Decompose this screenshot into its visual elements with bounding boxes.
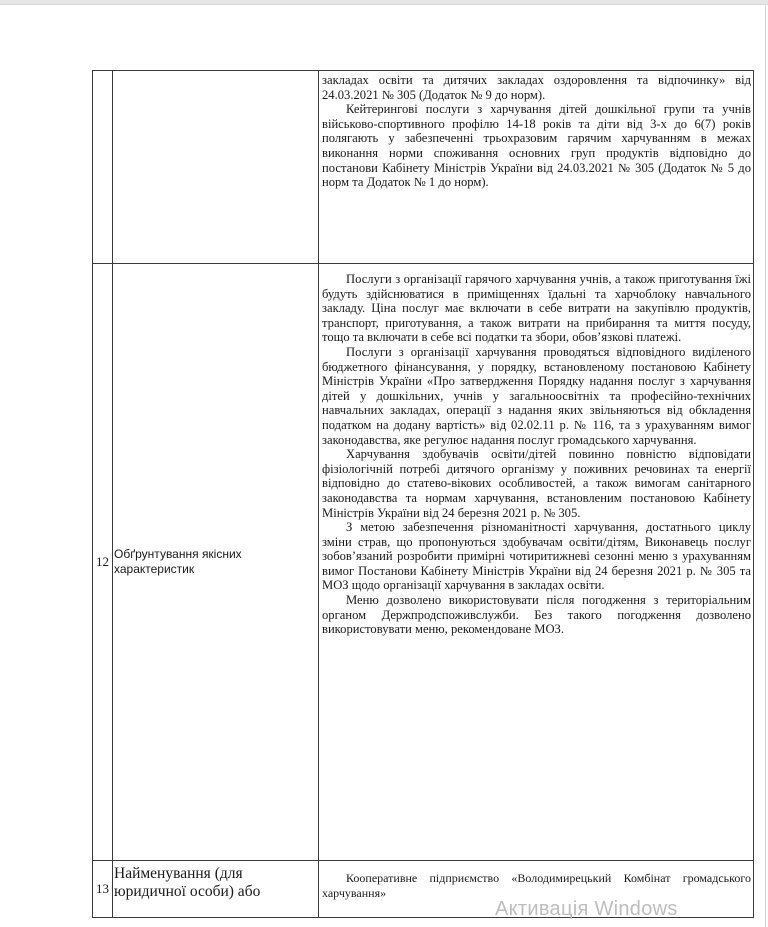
paragraph: Кооперативне підприємство «Володимирецьк…: [322, 871, 751, 900]
paragraph: Послуги з організації гарячого харчуванн…: [322, 272, 751, 345]
row-name: [113, 71, 319, 264]
paragraph: Меню дозволено використовувати після пог…: [322, 593, 751, 637]
row-number: 12: [93, 264, 113, 861]
viewer-right-edge: [765, 5, 766, 927]
paragraph: закладах освіти та дитячих закладах оздо…: [322, 73, 751, 102]
specification-table: закладах освіти та дитячих закладах оздо…: [92, 70, 754, 918]
row-number: 13: [93, 861, 113, 918]
table-row: 12 Обґрунтування якісних характеристик П…: [93, 264, 754, 861]
row-description: закладах освіти та дитячих закладах оздо…: [319, 71, 754, 264]
viewer-top-strip: [0, 0, 768, 5]
paragraph: Послуги з організації харчування проводя…: [322, 345, 751, 447]
row-name: Найменування (для юридичної особи) або: [113, 861, 319, 918]
table-row: закладах освіти та дитячих закладах оздо…: [93, 71, 754, 264]
windows-activation-watermark: Активація Windows: [495, 898, 678, 921]
paragraph: Харчування здобувачів освіти/дітей повин…: [322, 447, 751, 520]
row-number: [93, 71, 113, 264]
paragraph: З метою забезпечення різноманітності хар…: [322, 520, 751, 593]
paragraph: Кейтерингові послуги з харчування дітей …: [322, 102, 751, 190]
row-description: Послуги з організації гарячого харчуванн…: [319, 264, 754, 861]
row-name: Обґрунтування якісних характеристик: [113, 264, 319, 861]
